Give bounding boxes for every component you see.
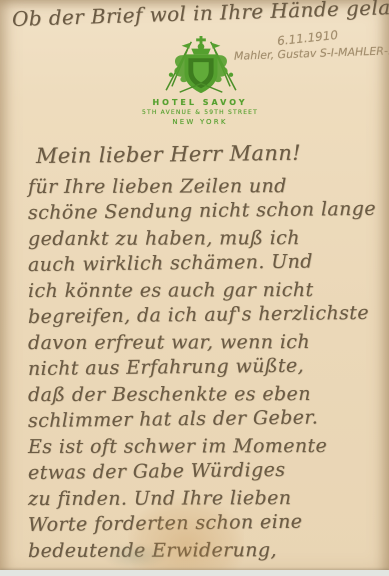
letterhead: HOTEL SAVOY 5TH AVENUE & 59TH STREET NEW… bbox=[110, 98, 290, 126]
hotel-name: HOTEL SAVOY bbox=[110, 98, 290, 107]
pencil-date-annotation: 6.11.1910 bbox=[276, 28, 338, 48]
letter-scan: Ob der Brief wol in Ihre Hände gelangt? … bbox=[0, 0, 389, 576]
letter-line: auch wirklich schämen. Und bbox=[28, 250, 383, 280]
hotel-city: NEW YORK bbox=[110, 118, 290, 126]
faint-stamp bbox=[102, 543, 168, 569]
letter-line: nicht aus Erfahrung wüßte, bbox=[28, 354, 383, 384]
letter-line: bedeutende Erwiderung, bbox=[28, 539, 383, 566]
letter-line: begreifen, da ich auf's herzlichste bbox=[28, 302, 383, 332]
hotel-savoy-crest-icon bbox=[157, 36, 245, 98]
letter-line: Worte forderten schon eine bbox=[28, 510, 383, 540]
pencil-shelfmark-annotation: Mahler, Gustav S-I-MAHLER-1 bbox=[234, 44, 389, 63]
letter-line: etwas der Gabe Würdiges bbox=[28, 458, 383, 488]
top-ink-annotation: Ob der Brief wol in Ihre Hände gelangt? bbox=[12, 0, 389, 31]
hotel-address: 5TH AVENUE & 59TH STREET bbox=[110, 109, 290, 116]
letter-body: Mein lieber Herr Mann! für Ihre lieben Z… bbox=[28, 144, 383, 566]
letter-salutation: Mein lieber Herr Mann! bbox=[36, 140, 383, 176]
letter-line: schlimmer hat als der Geber. bbox=[28, 406, 383, 436]
scan-edge-strip bbox=[0, 570, 389, 576]
letter-line: schöne Sendung nicht schon lange bbox=[28, 198, 383, 228]
